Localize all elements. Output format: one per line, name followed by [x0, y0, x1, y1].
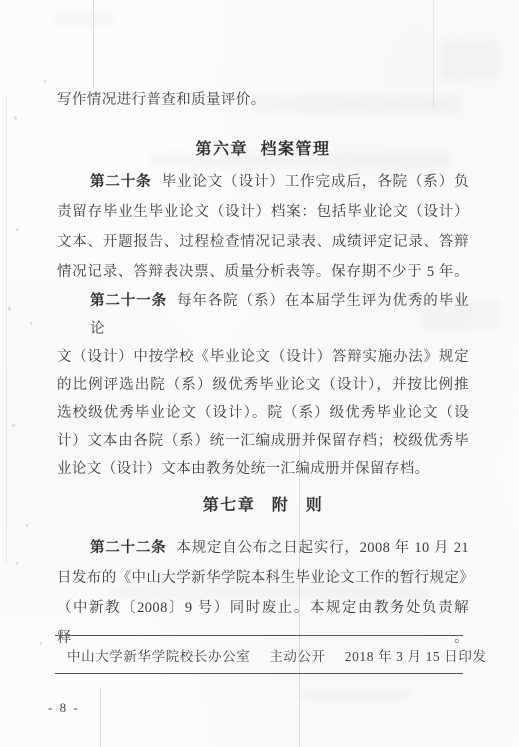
- scanned-document-page: 写作情况进行普查和质量评价。 第六章 档案管理 第二十条毕业论文（设计）工作完成…: [0, 0, 519, 747]
- footer-text: 中山大学新华学院校长办公室 主动公开 2018 年 3 月 15 日印发: [55, 645, 487, 665]
- scan-speck: [16, 562, 18, 565]
- text-line: 的比例评选出院（系）级优秀毕业论文（设计），并按比例推: [57, 371, 469, 399]
- article-20: 第二十条毕业论文（设计）工作完成后，各院（系）负 责留存毕业生毕业论文（设计）档…: [57, 167, 469, 287]
- text-line: 日发布的《中山大学新华学院本科生毕业论文工作的暂行规定》: [57, 563, 469, 593]
- text-span: 本规定自公布之日起实行，2008 年 10 月 21: [176, 540, 469, 556]
- crease-line: [100, 688, 101, 747]
- text-line: 第二十条毕业论文（设计）工作完成后，各院（系）负: [57, 167, 469, 197]
- footer-print-date: 2018 年 3 月 15 日印发: [345, 645, 487, 665]
- bleed-through-smudge: [440, 40, 500, 80]
- chapter7-heading: 第七章 附 则: [57, 491, 469, 521]
- bleed-through-smudge: [55, 12, 115, 26]
- crease-line: [6, 95, 7, 565]
- text-line: 文（设计）中按学校《毕业论文（设计）答辩实施办法》规定: [57, 343, 469, 371]
- text-span: 毕业论文（设计）工作完成后，各院（系）负: [162, 174, 469, 190]
- page-number: - 8 -: [48, 700, 80, 716]
- scan-speck: [40, 642, 42, 645]
- article-21: 第二十一条每年各院（系）在本届学生评为优秀的毕业论 文（设计）中按学校《毕业论文…: [57, 287, 469, 483]
- text-line: 文本、开题报告、过程检查情况记录表、成绩评定记录、答辩: [57, 227, 469, 257]
- scan-speck: [44, 80, 46, 83]
- crease-line: [93, 0, 94, 88]
- text-line: 情况记录、答辩表决票、质量分析表等。保存期不少于 5 年。: [57, 257, 469, 287]
- scan-speck: [30, 322, 32, 325]
- scan-speck: [8, 306, 11, 311]
- text-line: 业论文（设计）文本由教务处统一汇编成册并保留存档。: [57, 455, 469, 483]
- article-20-label: 第二十条: [90, 174, 152, 190]
- text-line: 第二十二条本规定自公布之日起实行，2008 年 10 月 21: [57, 533, 469, 563]
- scan-speck: [26, 524, 28, 527]
- scan-speck: [16, 228, 19, 231]
- document-footer: 中山大学新华学院校长办公室 主动公开 2018 年 3 月 15 日印发: [55, 635, 463, 674]
- article-21-label: 第二十一条: [90, 293, 167, 309]
- footer-publicity-type: 主动公开: [269, 645, 325, 665]
- text-line: 计）文本由各院（系）统一汇编成册并保留存档；校级优秀毕: [57, 427, 469, 455]
- text-line: 责留存毕业生毕业论文（设计）档案：包括毕业论文（设计）: [57, 197, 469, 227]
- paragraph-continuation-line: 写作情况进行普查和质量评价。: [57, 85, 469, 115]
- footer-issuing-office: 中山大学新华学院校长办公室: [67, 645, 250, 665]
- chapter6-heading: 第六章 档案管理: [57, 135, 469, 165]
- document-body: 写作情况进行普查和质量评价。 第六章 档案管理 第二十条毕业论文（设计）工作完成…: [57, 85, 469, 653]
- bleed-through-smudge: [300, 690, 410, 700]
- text-line: 选校级优秀毕业论文（设计）。院（系）级优秀毕业论文（设: [57, 399, 469, 427]
- text-line: 第二十一条每年各院（系）在本届学生评为优秀的毕业论: [57, 287, 469, 343]
- scan-speck: [14, 116, 17, 120]
- article-22-label: 第二十二条: [90, 540, 166, 556]
- scan-speck: [12, 424, 15, 427]
